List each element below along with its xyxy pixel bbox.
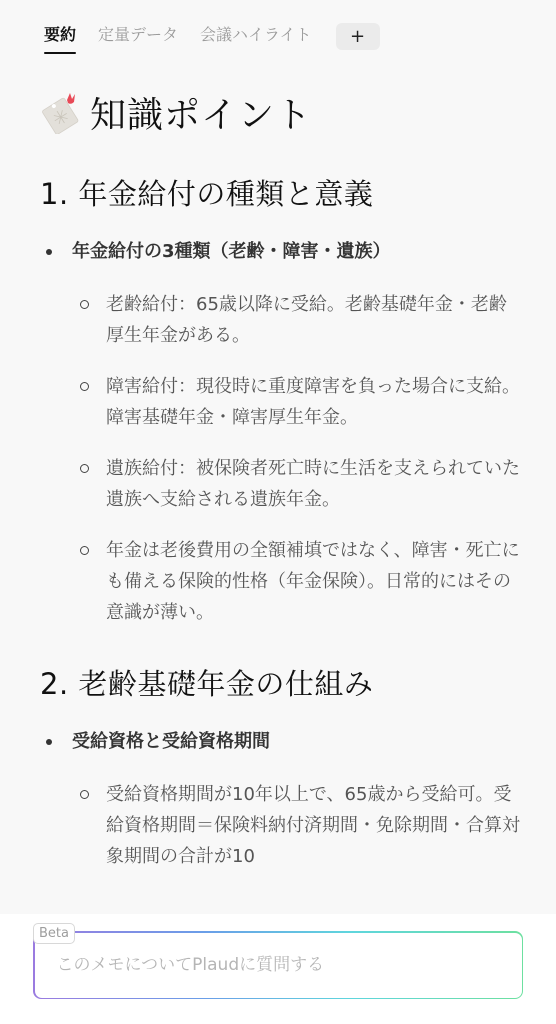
ask-input-container[interactable] <box>33 931 523 999</box>
list-item-text: 老齢給付：65歳以降に受給。老齢基礎年金・老齢厚生年金がある。 <box>106 289 520 351</box>
add-tab-button[interactable]: + <box>336 23 380 50</box>
bullet-label: 受給資格と受給資格期間 <box>72 729 270 755</box>
tab-summary[interactable]: 要約 <box>44 22 76 50</box>
plus-icon: + <box>350 26 365 47</box>
bullet-circle-icon <box>80 300 89 309</box>
tab-quantitative-data[interactable]: 定量データ <box>98 22 178 50</box>
bullet-dot-icon <box>46 739 52 745</box>
tab-meeting-highlights[interactable]: 会議ハイライト <box>200 22 312 50</box>
page-title: 知識ポイント <box>90 87 312 138</box>
list-item-text: 障害給付：現役時に重度障害を負った場合に支給。障害基礎年金・障害厚生年金。 <box>106 371 520 433</box>
bullet-label: 年金給付の3種類（老齢・障害・遺族） <box>72 239 391 265</box>
bullet-item: 年金給付の3種類（老齢・障害・遺族） <box>0 239 556 265</box>
tab-bar: 要約 定量データ 会議ハイライト + <box>44 20 556 52</box>
list-item-text: 受給資格期間が10年以上で、65歳から受給可。受給資格期間＝保険料納付済期間・免… <box>106 779 520 872</box>
list-item: 老齢給付：65歳以降に受給。老齢基礎年金・老齢厚生年金がある。 <box>80 289 520 351</box>
list-item: 障害給付：現役時に重度障害を負った場合に支給。障害基礎年金・障害厚生年金。 <box>80 371 520 433</box>
ask-panel: Beta <box>0 914 556 1024</box>
bullet-dot-icon <box>46 249 52 255</box>
bullet-circle-icon <box>80 464 89 473</box>
list-item-text: 年金は老後費用の全額補填ではなく、障害・死亡にも備える保険的性格（年金保険）。日… <box>106 535 520 628</box>
bullet-circle-icon <box>80 382 89 391</box>
list-item-text: 遺族給付：被保険者死亡時に生活を支えられていた遺族へ支給される遺族年金。 <box>106 453 520 515</box>
bullet-item: 受給資格と受給資格期間 <box>0 729 556 755</box>
section-heading: 1. 年金給付の種類と意義 <box>0 172 556 213</box>
sub-list: 受給資格期間が10年以上で、65歳から受給可。受給資格期間＝保険料納付済期間・免… <box>0 779 556 872</box>
page-title-row: 知識ポイント <box>0 82 556 142</box>
beta-badge: Beta <box>33 923 75 944</box>
section-heading: 2. 老齢基礎年金の仕組み <box>0 662 556 703</box>
summary-content: 知識ポイント 1. 年金給付の種類と意義 年金給付の3種類（老齢・障害・遺族） … <box>0 82 556 872</box>
ask-plaud-input[interactable] <box>57 955 522 975</box>
memo-tag-icon <box>38 90 82 134</box>
bullet-circle-icon <box>80 790 89 799</box>
bullet-circle-icon <box>80 546 89 555</box>
list-item: 受給資格期間が10年以上で、65歳から受給可。受給資格期間＝保険料納付済期間・免… <box>80 779 520 872</box>
summary-page: 要約 定量データ 会議ハイライト + 知識 <box>0 0 556 1024</box>
list-item: 遺族給付：被保険者死亡時に生活を支えられていた遺族へ支給される遺族年金。 <box>80 453 520 515</box>
list-item: 年金は老後費用の全額補填ではなく、障害・死亡にも備える保険的性格（年金保険）。日… <box>80 535 520 628</box>
sub-list: 老齢給付：65歳以降に受給。老齢基礎年金・老齢厚生年金がある。 障害給付：現役時… <box>0 289 556 628</box>
